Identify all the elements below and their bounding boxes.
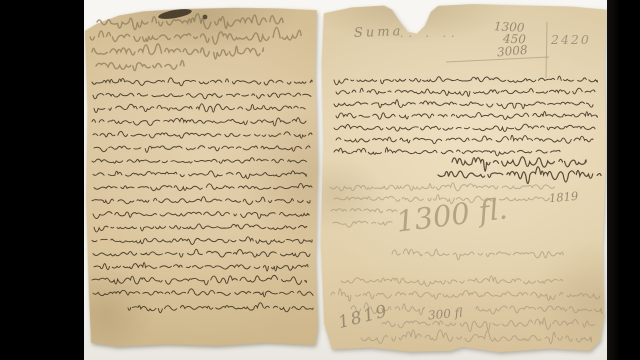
photo-stage: Suma ·· · ·· 1300 450 3008 2420 1300 fl.… [0, 0, 640, 360]
right-page [320, 3, 607, 352]
catalog-number: 2420 [551, 34, 591, 47]
suma-label: Suma [354, 25, 404, 40]
left-page-paper [85, 7, 319, 348]
right-page-paper [320, 3, 607, 352]
manuscript-photo [84, 0, 607, 360]
letterbox-left [0, 0, 84, 360]
suma-dots: ·· · ·· [400, 31, 459, 42]
letterbox-right [607, 0, 640, 360]
pencil-small-amount: 300 fl [428, 307, 464, 322]
left-page [85, 7, 319, 348]
pencil-year-upper: 1819 [549, 191, 579, 205]
sum-value-3: 3008 [497, 44, 528, 59]
